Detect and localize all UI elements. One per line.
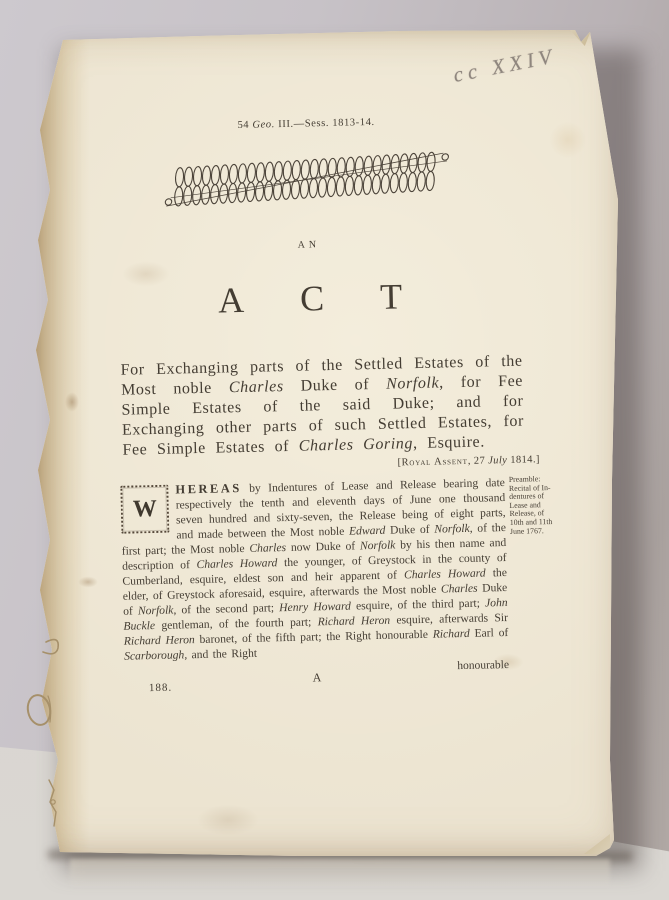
paper-reflection: [70, 859, 610, 889]
ornament-band: [158, 146, 456, 212]
printed-content: 54 Geo. III.—Sess. 1813-14.: [92, 113, 575, 705]
body-with-margin-note: WHEREAS by Indentures of Lease and Relea…: [100, 474, 575, 705]
act-long-title: For Exchanging parts of the Settled Esta…: [120, 352, 524, 461]
centered-head-block: 54 Geo. III.—Sess. 1813-14.: [112, 114, 504, 323]
signature-mark: A: [312, 670, 321, 685]
margin-note: Preamble: Recital of In- dentures of Lea…: [509, 474, 575, 695]
first-word: HEREAS: [175, 481, 242, 497]
preamble-text: by Indentures of Lease and Release beari…: [122, 476, 509, 663]
catchword: honourable: [457, 658, 509, 674]
an-label: AN: [115, 235, 503, 255]
pamphlet-page: cc XXIV 54 Geo. III.—Sess. 1813-14.: [28, 22, 624, 860]
photograph-of-act-pamphlet: cc XXIV 54 Geo. III.—Sess. 1813-14.: [0, 0, 669, 900]
act-title-word: ACT: [116, 274, 505, 323]
drop-cap-initial: W: [120, 485, 169, 534]
page-number: 188.: [149, 681, 173, 697]
binding-string: [18, 630, 62, 840]
preamble-paragraph: WHEREAS by Indentures of Lease and Relea…: [120, 475, 509, 704]
